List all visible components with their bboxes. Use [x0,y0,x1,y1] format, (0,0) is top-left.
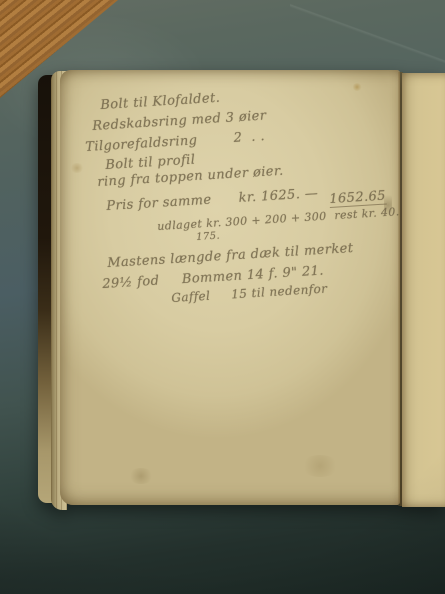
photo-scene: Bolt til Klofaldet.Redskabsring med 3 øi… [0,0,445,594]
left-page [60,70,400,505]
right-page [402,73,445,507]
notebook [38,70,445,512]
table-scratch [290,2,445,72]
